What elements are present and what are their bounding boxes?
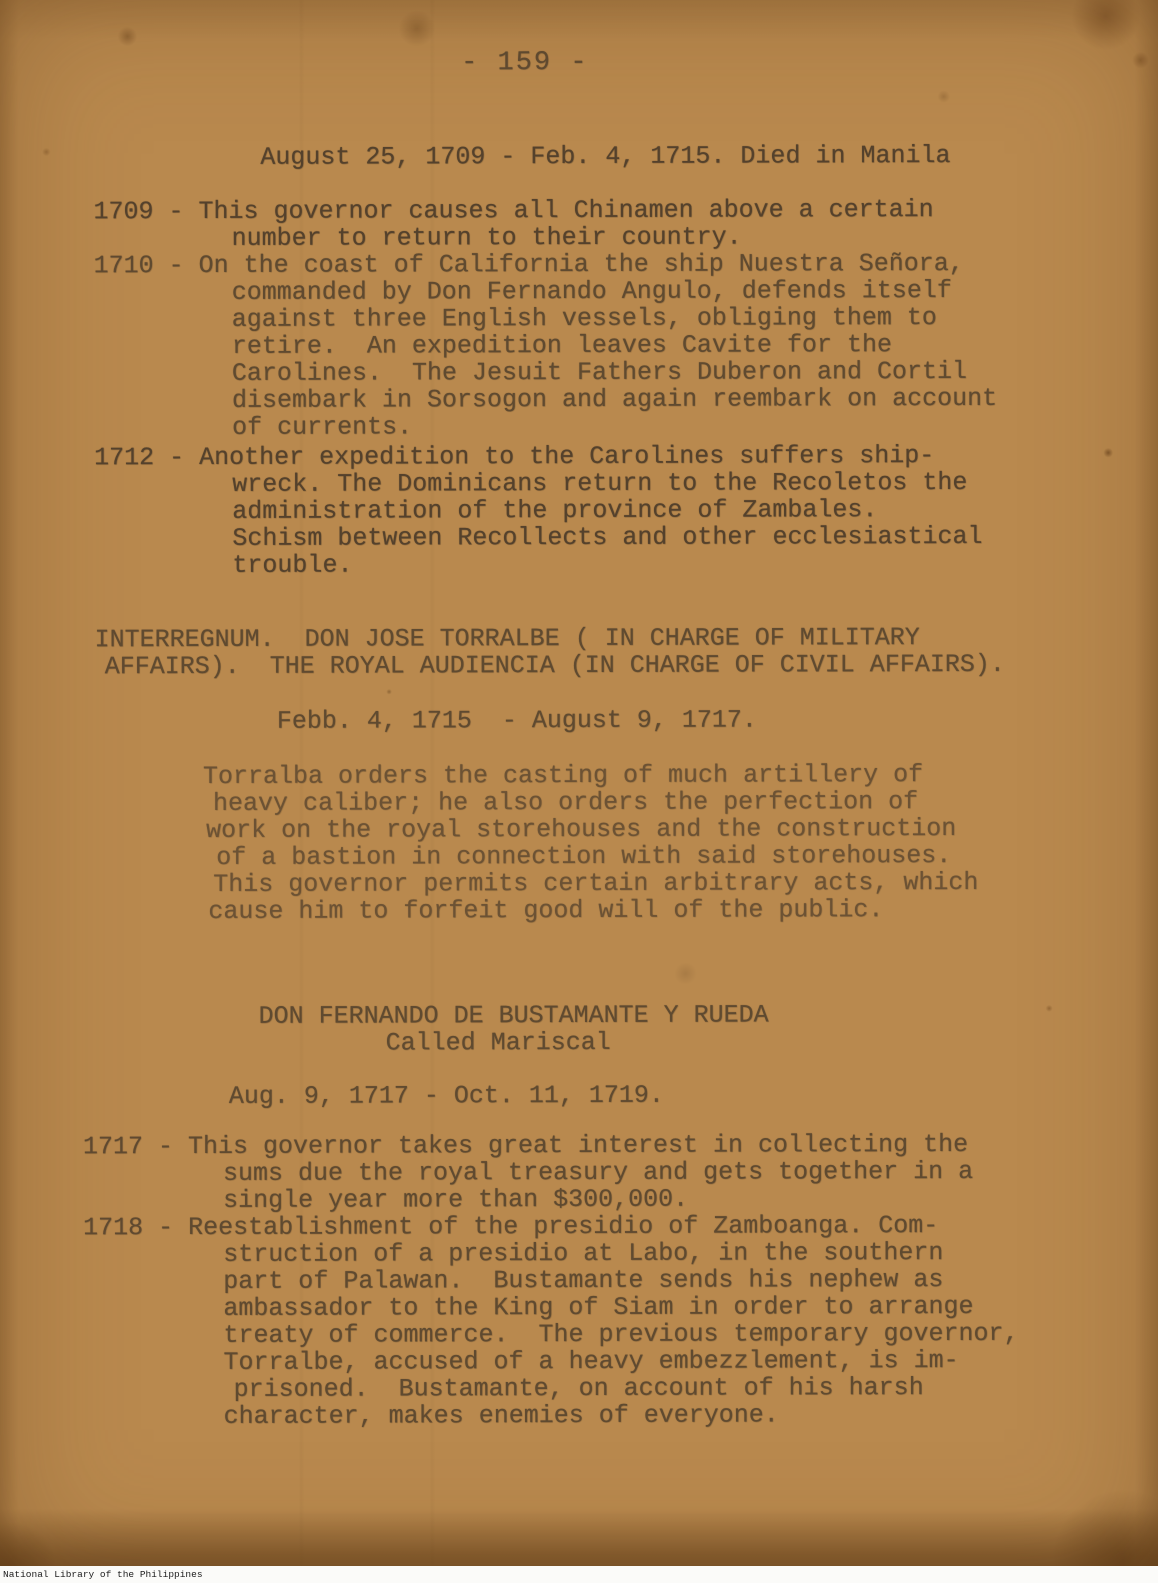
entry-line: Carolines. The Jesuit Fathers Duberon an… <box>232 358 997 387</box>
entry-line: of currents. <box>232 412 997 441</box>
entry-1709: 1709 - This governor causes all Chinamen… <box>93 196 933 252</box>
entry-line: wreck. The Dominicans return to the Reco… <box>232 469 982 498</box>
entry-line: against three English vessels, obliging … <box>232 304 997 333</box>
paragraph-line: work on the royal storehouses and the co… <box>206 815 978 844</box>
entry-line: Schism between Recollects and other eccl… <box>232 523 982 552</box>
torralba-paragraph: Torralba orders the casting of much arti… <box>203 761 979 925</box>
entry-line: single year more than $300,000. <box>223 1185 973 1214</box>
entry-1718: 1718 - Reestablishment of the presidio o… <box>83 1212 1019 1430</box>
entry-1717: 1717 - This governor takes great interes… <box>83 1131 973 1214</box>
scanned-document-page: - 159 - August 25, 1709 - Feb. 4, 1715. … <box>0 0 1158 1583</box>
entry-line: ambassador to the King of Siam in order … <box>223 1293 1018 1322</box>
entry-line: character, makes enemies of everyone. <box>224 1401 1019 1430</box>
entry-line: Torralbe, accused of a heavy embezzlemen… <box>223 1347 1018 1376</box>
paragraph-line: cause him to forfeit good will of the pu… <box>208 896 978 925</box>
paragraph-line: Torralba orders the casting of much arti… <box>203 761 978 790</box>
page-number: - 159 - <box>461 50 588 77</box>
entry-line: struction of a presidio at Labo, in the … <box>223 1239 1018 1268</box>
paragraph-line: heavy caliber; he also orders the perfec… <box>213 788 978 817</box>
entry-line: trouble. <box>232 550 982 579</box>
entry-line: commanded by Don Fernando Angulo, defend… <box>232 277 997 306</box>
entry-line: 1710 - On the coast of California the sh… <box>94 250 997 279</box>
paragraph-line: of a bastion in connection with said sto… <box>216 842 978 871</box>
entry-line: treaty of commerce. The previous tempora… <box>223 1320 1018 1349</box>
entry-line: part of Palawan. Bustamante sends his ne… <box>223 1266 1018 1295</box>
entry-line: 1718 - Reestablishment of the presidio o… <box>83 1212 1018 1241</box>
interregnum-dates: Febb. 4, 1715 - August 9, 1717. <box>277 707 757 735</box>
reign1-dates-heading: August 25, 1709 - Feb. 4, 1715. Died in … <box>260 142 950 171</box>
heading-line: INTERREGNUM. DON JOSE TORRALBE ( IN CHAR… <box>95 624 1005 653</box>
entry-line: prisoned. Bustamante, on account of his … <box>234 1374 1019 1403</box>
heading-line: AFFAIRS). THE ROYAL AUDIENCIA (IN CHARGE… <box>105 651 1005 680</box>
reign2-dates: Aug. 9, 1717 - Oct. 11, 1719. <box>229 1082 664 1110</box>
entry-line: disembark in Sorsogon and again reembark… <box>232 385 997 414</box>
entry-line: retire. An expedition leaves Cavite for … <box>232 331 997 360</box>
entry-1712: 1712 - Another expedition to the Carolin… <box>94 442 982 579</box>
entry-line: sums due the royal treasury and gets tog… <box>223 1158 973 1187</box>
governor-subtitle: Called Mariscal <box>386 1029 611 1057</box>
watermark-text: National Library of the Philippines <box>0 1569 203 1580</box>
entry-line: 1709 - This governor causes all Chinamen… <box>93 196 933 225</box>
paragraph-line: This governor permits certain arbitrary … <box>213 869 978 898</box>
entry-1710: 1710 - On the coast of California the sh… <box>94 250 998 441</box>
interregnum-heading: INTERREGNUM. DON JOSE TORRALBE ( IN CHAR… <box>95 624 1005 680</box>
entry-line: administration of the province of Zambal… <box>232 496 982 525</box>
typewritten-content: - 159 - August 25, 1709 - Feb. 4, 1715. … <box>0 0 1158 1583</box>
entry-line: 1712 - Another expedition to the Carolin… <box>94 442 982 471</box>
watermark-bar: National Library of the Philippines <box>0 1566 1158 1583</box>
entry-line: number to return to their country. <box>232 223 934 252</box>
entry-line: 1717 - This governor takes great interes… <box>83 1131 973 1160</box>
governor-title: DON FERNANDO DE BUSTAMANTE Y RUEDA <box>259 1002 769 1030</box>
